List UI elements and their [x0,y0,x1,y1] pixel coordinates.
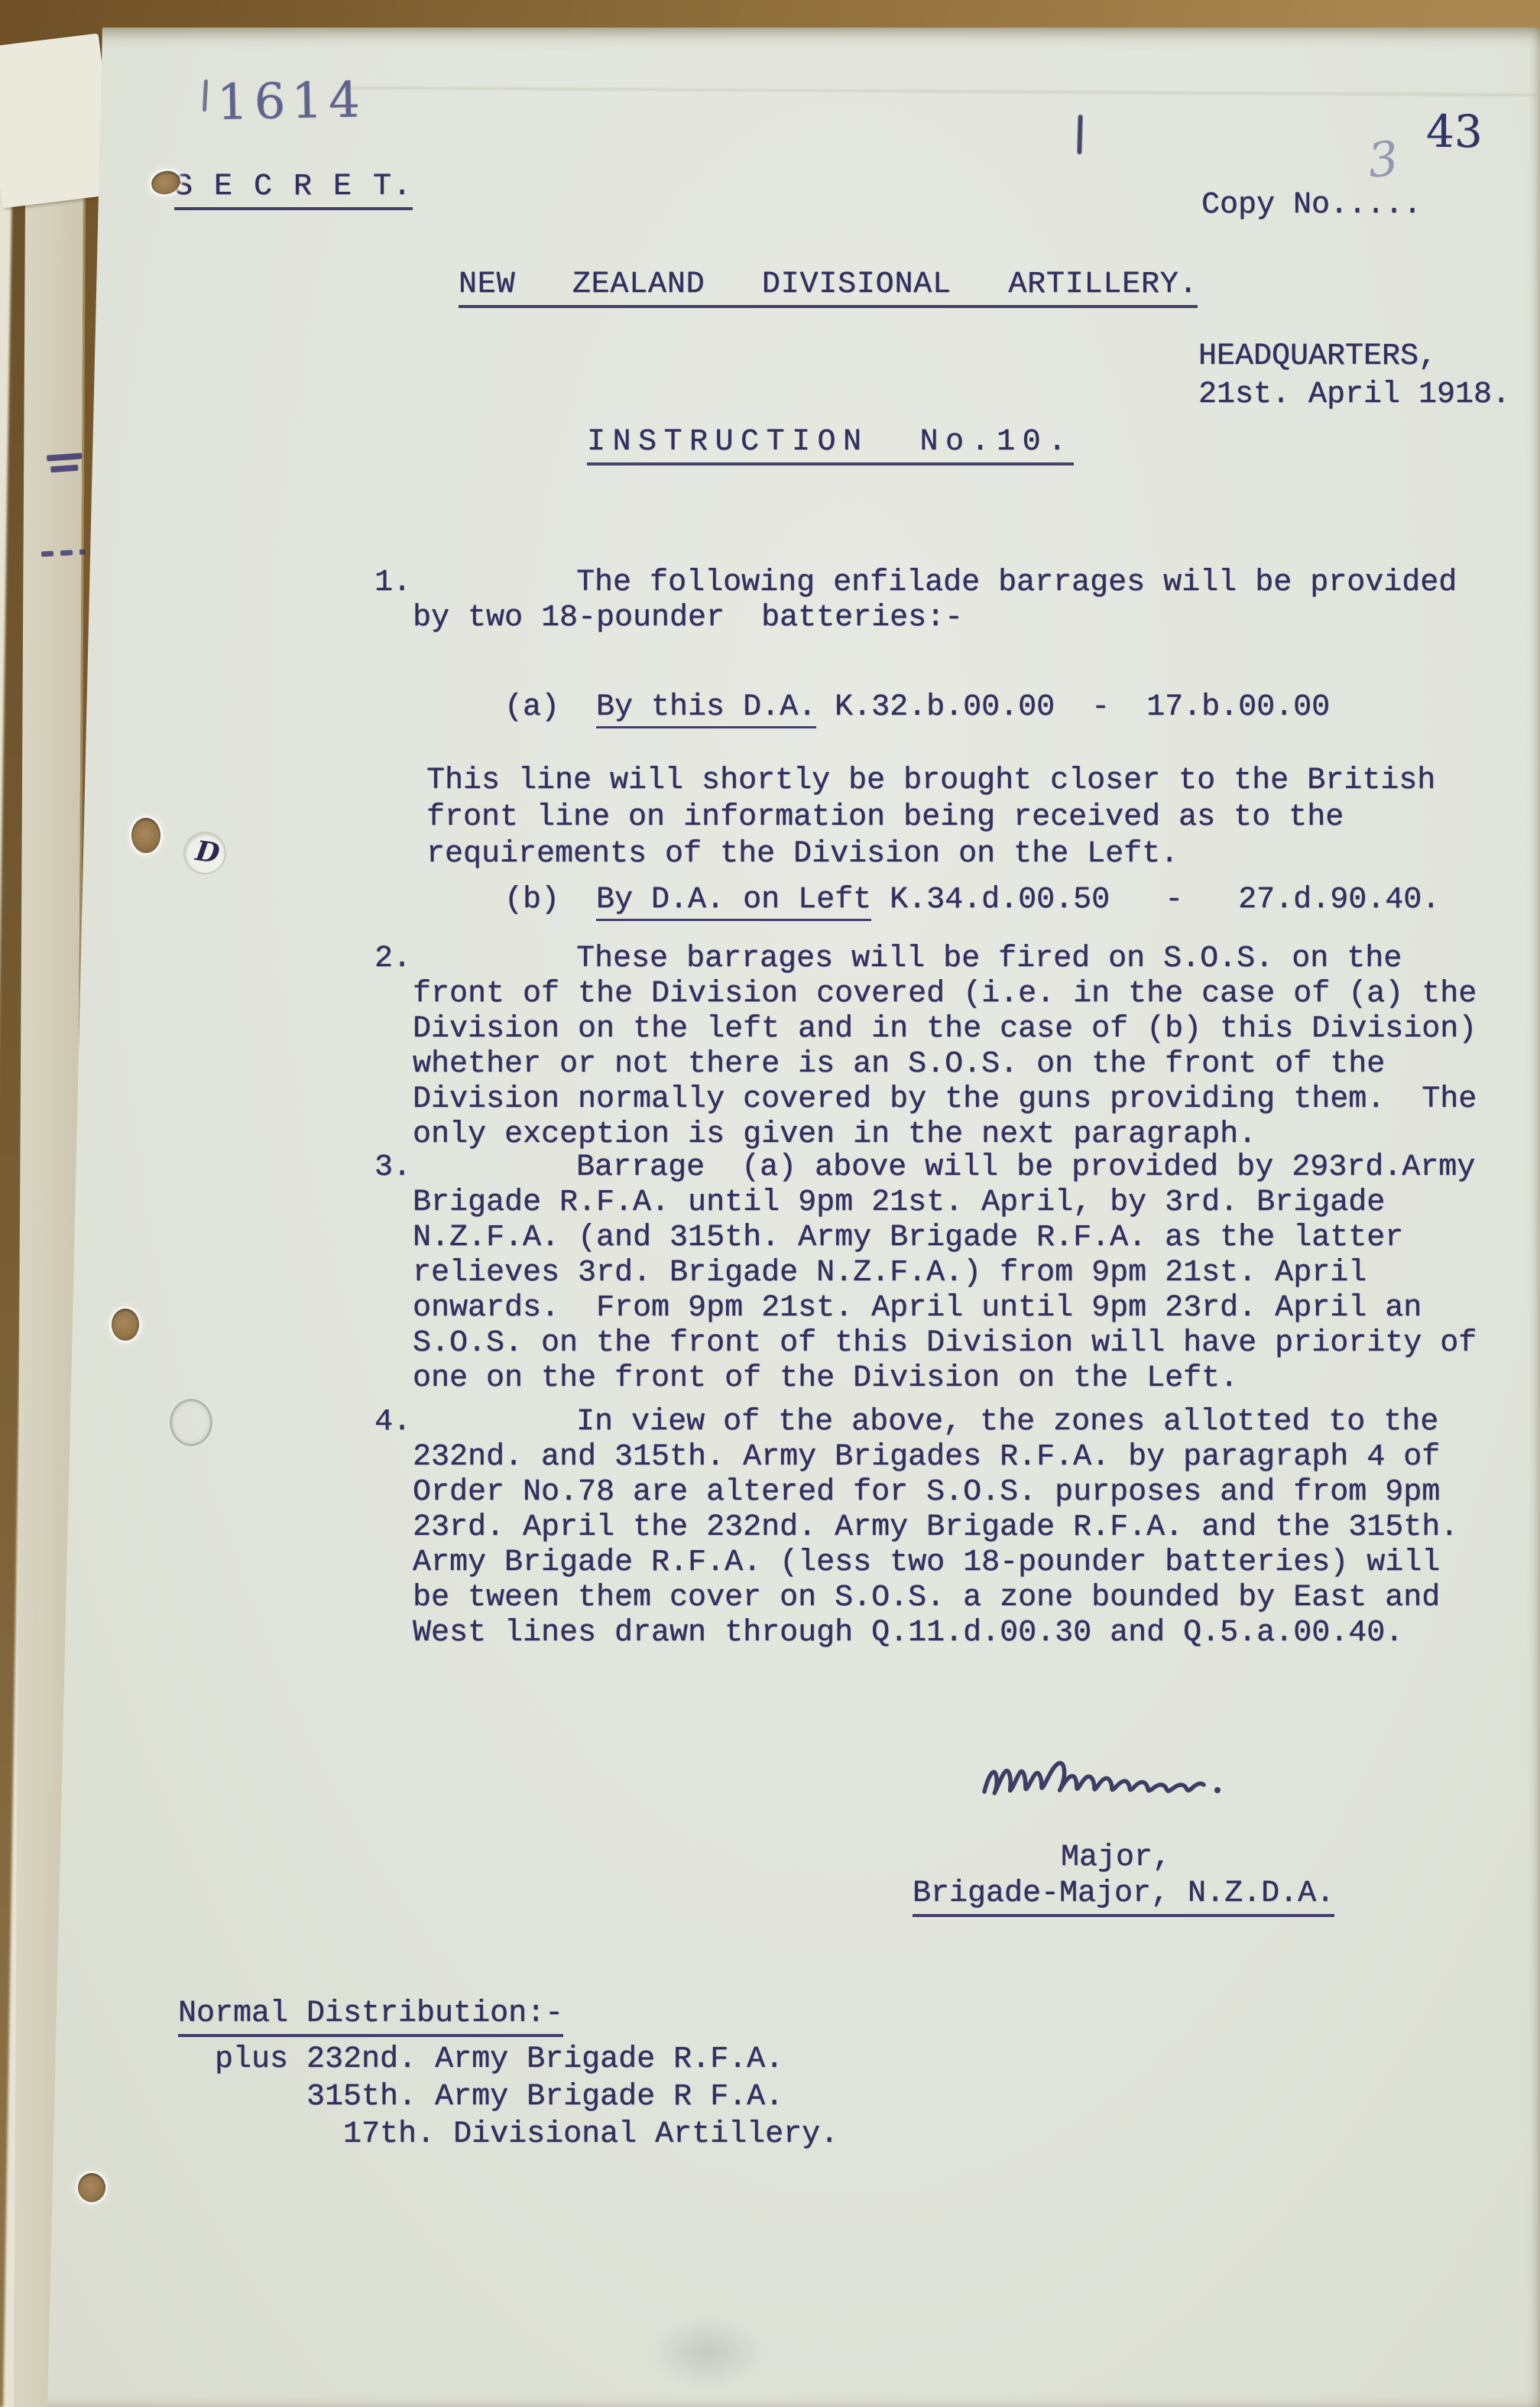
classification-text: S E C R E T. [174,170,413,210]
edge-ink-dot [60,550,73,556]
paragraph-4: 4. In view of the above, the zones allot… [413,1405,1458,1651]
edge-ink-mark [47,453,83,478]
punch-hole-middle [131,818,160,853]
copy-no-value: 3 [1365,130,1401,189]
margin-letter: D [193,835,222,870]
item-a-reference: K.32.b.00.00 - 17.b.00.00 [816,690,1330,725]
item-a-prefix: (a) [504,690,596,725]
instruction-heading-text: INSTRUCTION No.10. [587,425,1074,466]
edge-ink-dot [41,551,53,557]
stamp-number: 1614 [216,72,366,131]
paragraph-1: 1. The following enfilade barrages will … [413,566,1457,636]
signer-appointment: Brigade-Major, N.Z.D.A. [913,1877,1334,1912]
item-b-reference: K.34.d.00.50 - 27.d.90.40. [871,883,1440,917]
paragraph-2: 2. These barrages will be fired on S.O.S… [413,942,1477,1153]
edge-ink-dash [50,465,78,472]
edge-ink-dash [47,453,82,461]
punch-hole-lower [112,1309,139,1341]
distribution-heading-text: Normal Distribution:- [178,1997,563,2037]
bottom-smudge [650,2316,764,2389]
punch-hole-bottom [78,2173,105,2202]
item-a-note: This line will shortly be brought closer… [426,763,1435,873]
instruction-heading: INSTRUCTION No.10. [587,425,1074,460]
headquarters-block: HEADQUARTERS, 21st. April 1918. [1198,338,1510,414]
copy-no-label: Copy No..... [1201,188,1422,223]
signer-rank: Major, [1061,1841,1171,1876]
item-a: (a) By this D.A. K.32.b.00.00 - 17.b.00.… [504,690,1330,725]
classification-heading: S E C R E T. [174,170,413,205]
item-b-underlined: By D.A. on Left [596,883,871,921]
embossed-ring [170,1399,212,1446]
document-title-text: NEW ZEALAND DIVISIONAL ARTILLERY. [459,268,1198,308]
scanned-document: { "doc": { "stamp_number": "1614", "page… [0,0,1540,2407]
item-b: (b) By D.A. on Left K.34.d.00.50 - 27.d.… [504,883,1440,918]
distribution-list: plus 232nd. Army Brigade R.F.A. 315th. A… [178,2041,838,2153]
signature-scribble [978,1744,1230,1825]
item-b-prefix: (b) [504,883,596,917]
edge-ink-dot [79,549,86,554]
signer-appointment-text: Brigade-Major, N.Z.D.A. [913,1877,1334,1917]
document-title: NEW ZEALAND DIVISIONAL ARTILLERY. [459,268,1198,303]
distribution-heading: Normal Distribution:- [178,1997,563,2032]
page-number: 43 [1426,105,1483,157]
signature-ink [978,1744,1230,1821]
margin-circle: D [185,833,225,873]
item-a-underlined: By this D.A. [596,690,816,728]
paragraph-3: 3. Barrage (a) above will be provided by… [413,1150,1477,1397]
